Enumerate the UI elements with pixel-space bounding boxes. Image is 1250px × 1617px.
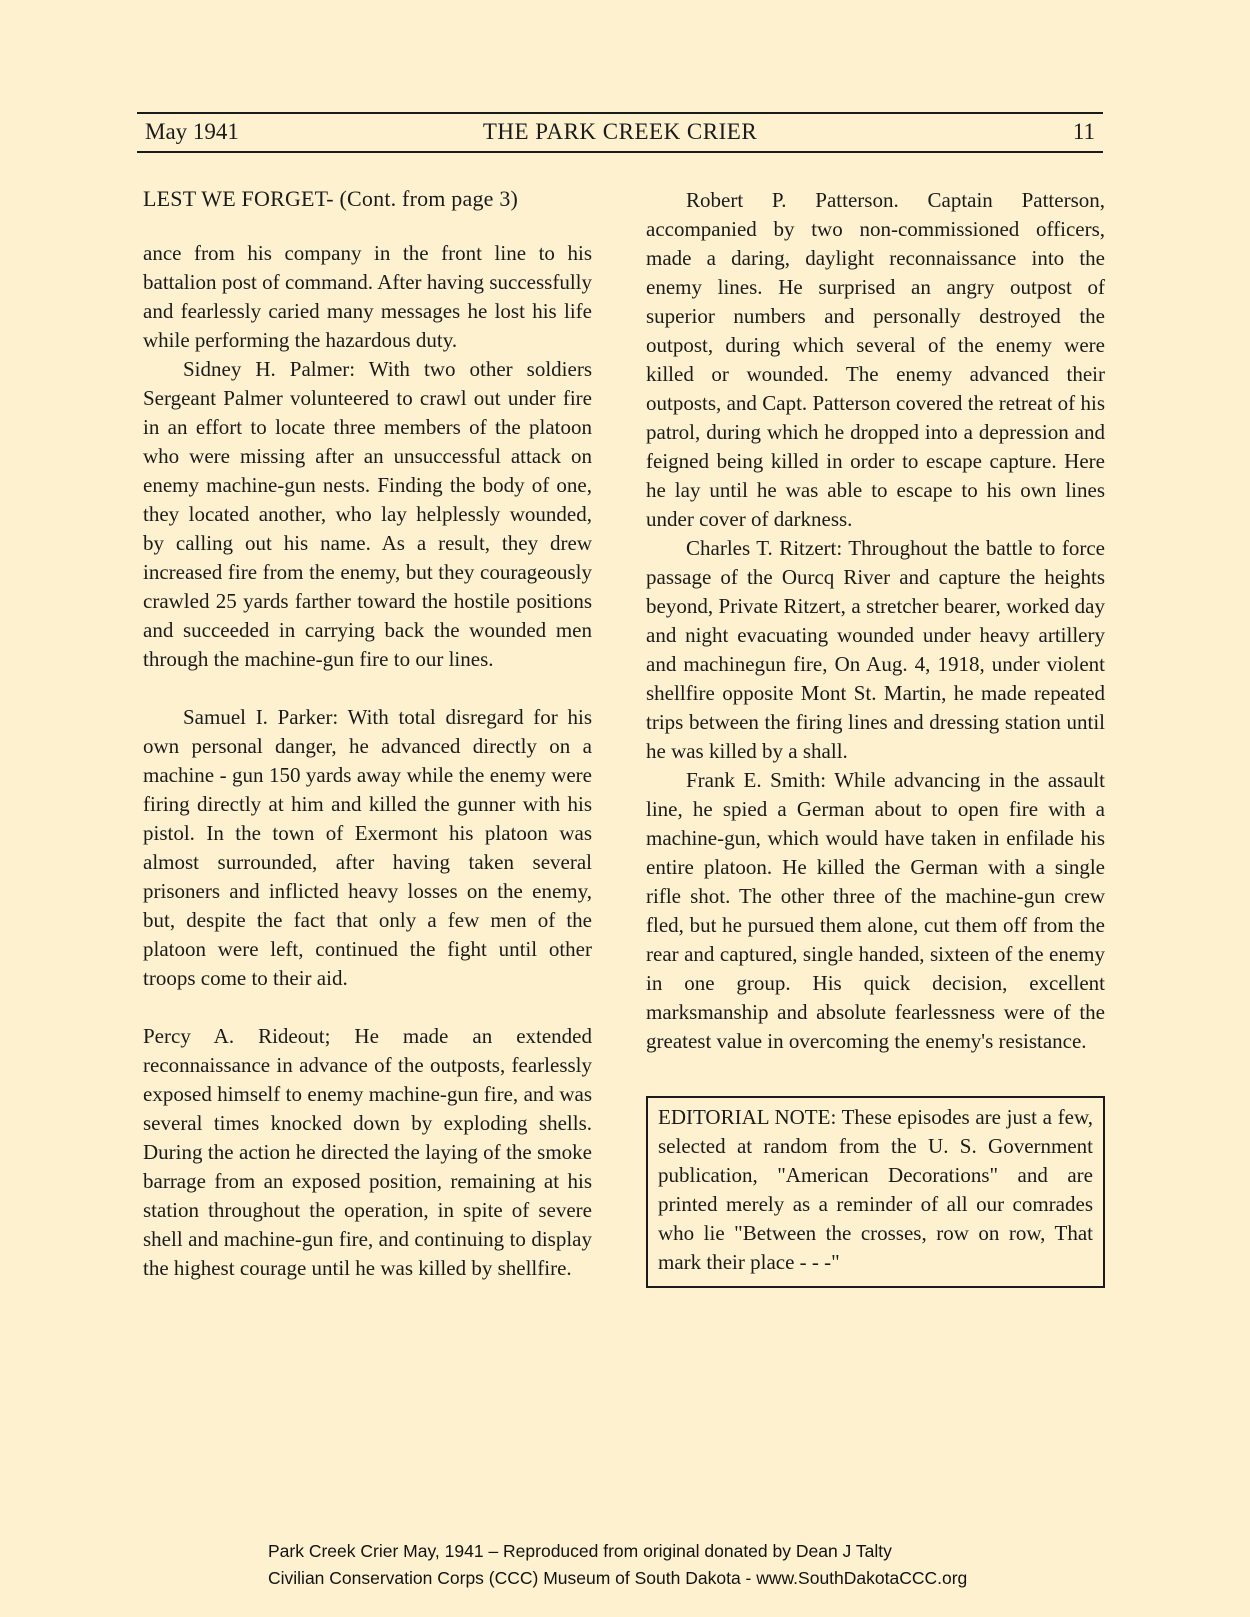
- page-number: 11: [1073, 119, 1095, 145]
- paragraph-percy-rideout: Percy A. Rideout; He made an extended re…: [143, 1022, 592, 1283]
- paragraph-charles-ritzert: Charles T. Ritzert: Throughout the battl…: [646, 534, 1105, 766]
- footer-credit-line: Park Creek Crier May, 1941 – Reproduced …: [268, 1538, 967, 1565]
- newspaper-page: May 1941 THE PARK CREEK CRIER 11 LEST WE…: [0, 0, 1250, 1617]
- paragraph-continuation: ance from his company in the front line …: [143, 239, 592, 355]
- footer-museum-line: Civilian Conservation Corps (CCC) Museum…: [268, 1565, 967, 1592]
- paragraph-robert-patterson: Robert P. Patterson. Captain Patterson, …: [646, 186, 1105, 534]
- paragraph-samuel-parker: Samuel I. Parker: With total disregard f…: [143, 703, 592, 993]
- paragraph-frank-smith: Frank E. Smith: While advancing in the a…: [646, 766, 1105, 1056]
- issue-date: May 1941: [145, 119, 239, 145]
- article-heading: LEST WE FORGET- (Cont. from page 3): [143, 186, 592, 212]
- page-footer: Park Creek Crier May, 1941 – Reproduced …: [268, 1538, 967, 1592]
- masthead: May 1941 THE PARK CREEK CRIER 11: [137, 112, 1103, 153]
- paragraph-sidney-palmer: Sidney H. Palmer: With two other soldier…: [143, 355, 592, 674]
- newspaper-title: THE PARK CREEK CRIER: [483, 119, 757, 145]
- article-body: LEST WE FORGET- (Cont. from page 3) ance…: [143, 186, 1105, 1288]
- editorial-note-text: EDITORIAL NOTE: These episodes are just …: [658, 1103, 1093, 1277]
- editorial-note-box: EDITORIAL NOTE: These episodes are just …: [646, 1096, 1105, 1288]
- left-column: LEST WE FORGET- (Cont. from page 3) ance…: [143, 186, 592, 1288]
- right-column: Robert P. Patterson. Captain Patterson, …: [646, 186, 1105, 1288]
